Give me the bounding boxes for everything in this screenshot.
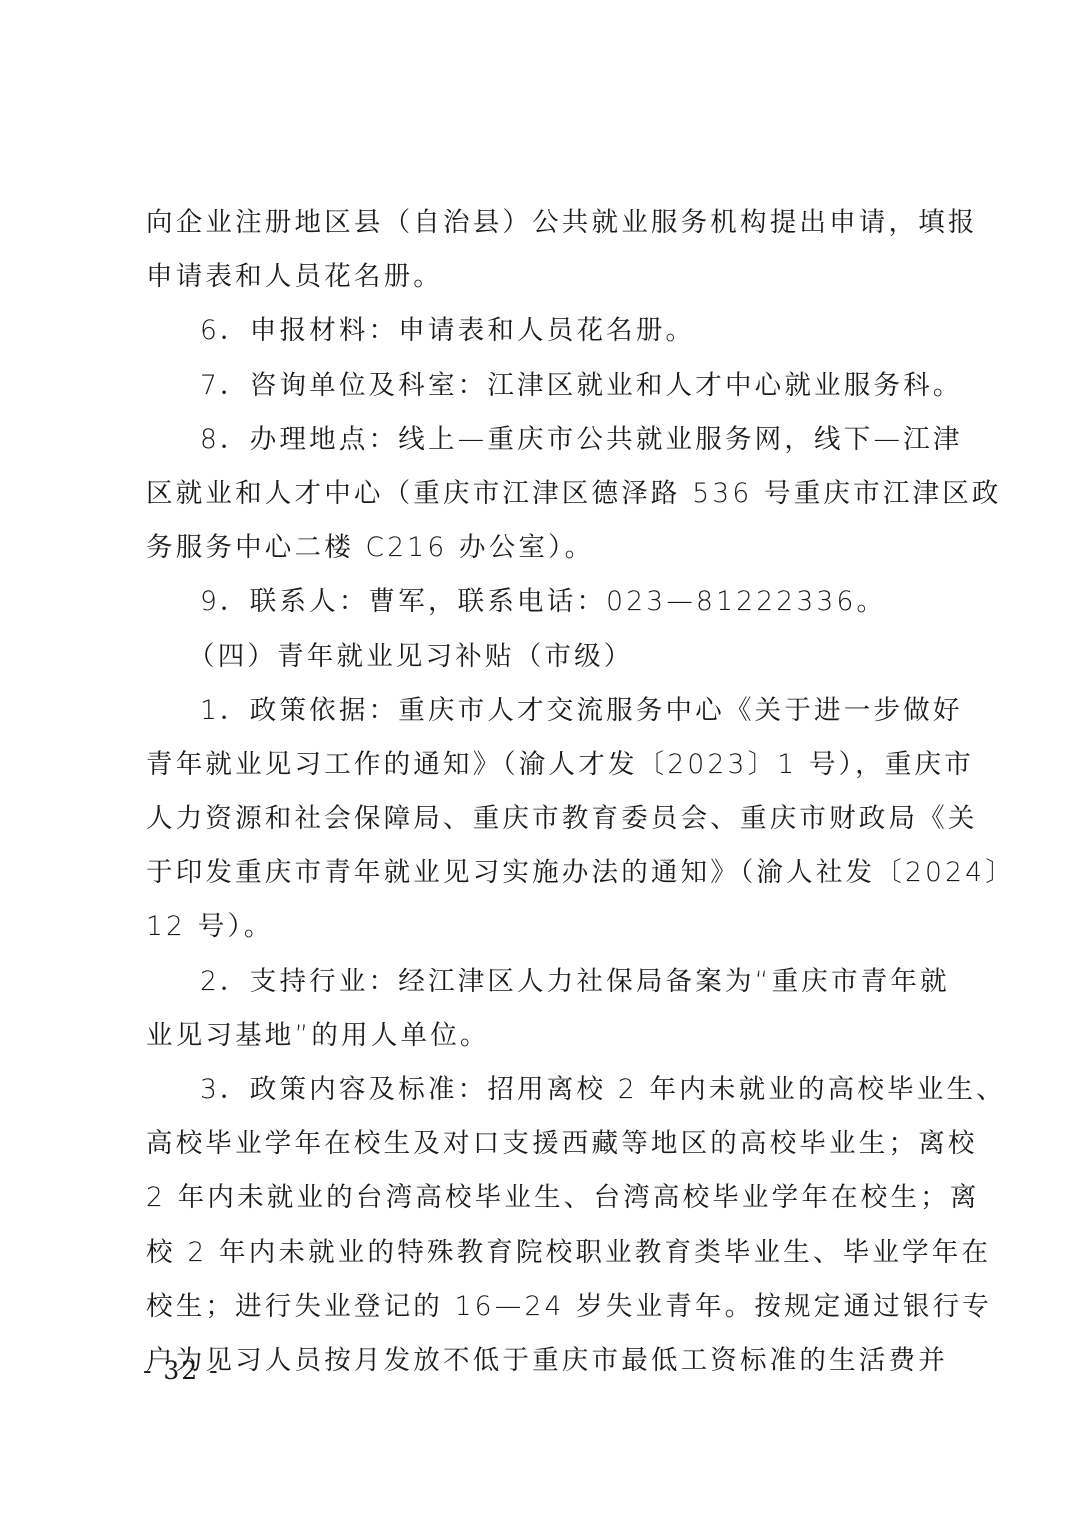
item-3-policy-content-cont-5: 户为见习人员按月发放不低于重庆市最低工资标准的生活费并 [146, 1334, 942, 1388]
item-3-policy-content-cont-1: 高校毕业学年在校生及对口支援西藏等地区的高校毕业生；离校 [146, 1117, 942, 1171]
item-3-policy-content-cont-2: 2 年内未就业的台湾高校毕业生、台湾高校毕业学年在校生；离 [146, 1171, 942, 1225]
paragraph-line-continuation: 向企业注册地区县（自治县）公共就业服务机构提出申请，填报 [146, 196, 942, 250]
item-1-policy-basis: 1．政策依据：重庆市人才交流服务中心《关于进一步做好 [146, 684, 942, 738]
page-number: - 32 - [143, 1356, 220, 1385]
item-9-contact-person: 9．联系人：曹军，联系电话：023—81222336。 [146, 575, 942, 629]
item-1-policy-basis-cont-2: 人力资源和社会保障局、重庆市教育委员会、重庆市财政局《关 [146, 792, 942, 846]
item-8-handling-location-cont: 区就业和人才中心（重庆市江津区德泽路 536 号重庆市江津区政 [146, 467, 942, 521]
item-2-supported-industries: 2．支持行业：经江津区人力社保局备案为“重庆市青年就 [146, 955, 942, 1009]
section-heading-youth-internship-subsidy: （四）青年就业见习补贴（市级） [146, 630, 942, 684]
item-6-declaration-materials: 6．申报材料：申请表和人员花名册。 [146, 304, 942, 358]
document-page: 向企业注册地区县（自治县）公共就业服务机构提出申请，填报 申请表和人员花名册。 … [0, 0, 1074, 1520]
item-7-consulting-unit: 7．咨询单位及科室：江津区就业和人才中心就业服务科。 [146, 359, 942, 413]
item-1-policy-basis-cont-3: 于印发重庆市青年就业见习实施办法的通知》（渝人社发〔2024〕 [146, 846, 942, 900]
item-3-policy-content: 3．政策内容及标准：招用离校 2 年内未就业的高校毕业生、 [146, 1063, 942, 1117]
item-1-policy-basis-end: 12 号）。 [146, 900, 942, 954]
item-3-policy-content-cont-4: 校生；进行失业登记的 16—24 岁失业青年。按规定通过银行专 [146, 1280, 942, 1334]
item-8-handling-location: 8．办理地点：线上—重庆市公共就业服务网，线下—江津 [146, 413, 942, 467]
item-2-supported-industries-end: 业见习基地”的用人单位。 [146, 1009, 942, 1063]
body-text: 向企业注册地区县（自治县）公共就业服务机构提出申请，填报 申请表和人员花名册。 … [146, 196, 942, 1388]
paragraph-line-end: 申请表和人员花名册。 [146, 250, 942, 304]
item-3-policy-content-cont-3: 校 2 年内未就业的特殊教育院校职业教育类毕业生、毕业学年在 [146, 1226, 942, 1280]
item-8-handling-location-end: 务服务中心二楼 C216 办公室）。 [146, 521, 942, 575]
item-1-policy-basis-cont-1: 青年就业见习工作的通知》（渝人才发〔2023〕1 号），重庆市 [146, 738, 942, 792]
